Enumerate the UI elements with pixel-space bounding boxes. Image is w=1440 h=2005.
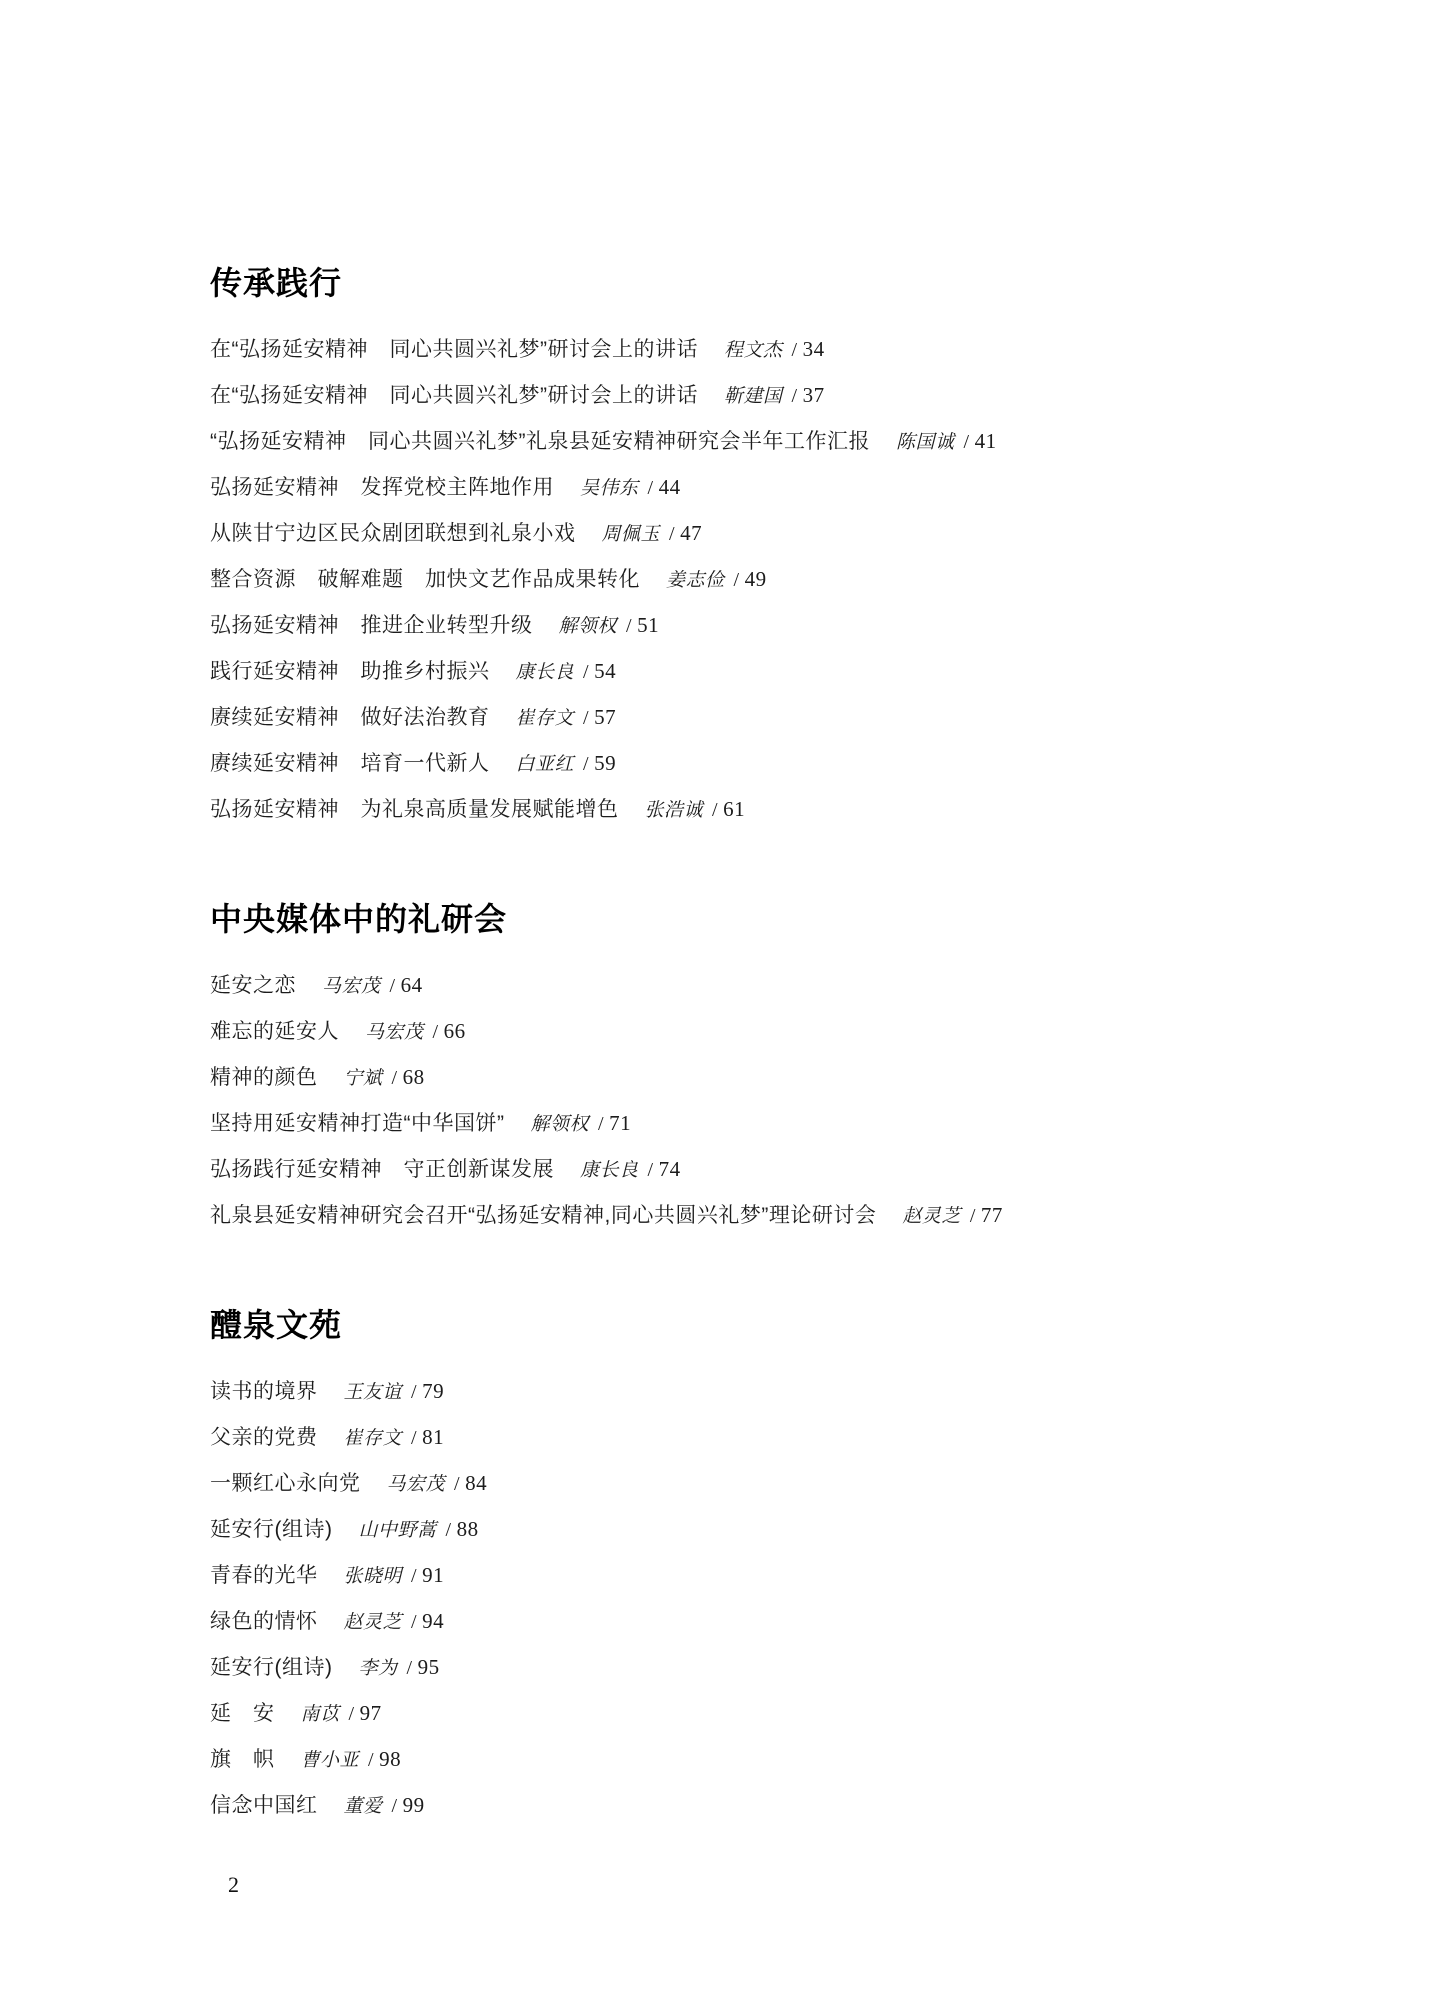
- toc-entry: 延安行(组诗)李为/95: [210, 1645, 1330, 1691]
- entry-separator: /: [454, 1473, 460, 1495]
- page-number: 2: [228, 1872, 239, 1898]
- toc-entry: 礼泉县延安精神研究会召开“弘扬延安精神,同心共圆兴礼梦”理论研讨会赵灵芝/77: [210, 1193, 1330, 1239]
- section-heading: 传承践行: [210, 264, 1330, 302]
- entry-author: 崔存文: [516, 708, 575, 729]
- entry-title: 从陕甘宁边区民众剧团联想到礼泉小戏: [210, 522, 576, 545]
- entry-author: 马宏茂: [387, 1474, 446, 1495]
- table-of-contents: 传承践行在“弘扬延安精神 同心共圆兴礼梦”研讨会上的讲话程文杰/34在“弘扬延安…: [210, 264, 1330, 1829]
- entry-separator: /: [368, 1749, 374, 1771]
- entry-title: 弘扬延安精神 为礼泉高质量发展赋能增色: [210, 798, 619, 821]
- toc-entry: 在“弘扬延安精神 同心共圆兴礼梦”研讨会上的讲话程文杰/34: [210, 327, 1330, 373]
- entry-author: 解领权: [531, 1114, 590, 1135]
- entry-title: 在“弘扬延安精神 同心共圆兴礼梦”研讨会上的讲话: [210, 338, 698, 361]
- entry-separator: /: [734, 569, 740, 591]
- entry-author: 张浩诚: [645, 800, 704, 821]
- entry-title: 青春的光华: [210, 1564, 318, 1587]
- entry-page-number: 66: [444, 1019, 466, 1043]
- entry-title: 读书的境界: [210, 1380, 318, 1403]
- toc-entry: “弘扬延安精神 同心共圆兴礼梦”礼泉县延安精神研究会半年工作汇报陈国诚/41: [210, 419, 1330, 465]
- toc-entry: 信念中国红董爱/99: [210, 1783, 1330, 1829]
- toc-entry: 践行延安精神 助推乡村振兴康长良/54: [210, 649, 1330, 695]
- toc-entry: 父亲的党费崔存文/81: [210, 1415, 1330, 1461]
- entry-page-number: 98: [379, 1747, 401, 1771]
- entry-separator: /: [411, 1427, 417, 1449]
- entry-separator: /: [433, 1021, 439, 1043]
- entry-separator: /: [392, 1067, 398, 1089]
- entry-title: 难忘的延安人: [210, 1020, 339, 1043]
- entry-author: 马宏茂: [365, 1022, 424, 1043]
- entry-separator: /: [446, 1519, 452, 1541]
- entry-author: 程文杰: [724, 340, 783, 361]
- entry-page-number: 57: [594, 705, 616, 729]
- entry-separator: /: [583, 707, 589, 729]
- entry-separator: /: [964, 431, 970, 453]
- entry-author: 康长良: [516, 662, 575, 683]
- entry-page-number: 94: [422, 1609, 444, 1633]
- entry-page-number: 64: [401, 973, 423, 997]
- entry-title: 践行延安精神 助推乡村振兴: [210, 660, 490, 683]
- entry-page-number: 88: [457, 1517, 479, 1541]
- entry-title: 绿色的情怀: [210, 1610, 318, 1633]
- entry-separator: /: [792, 339, 798, 361]
- entry-author: 曹小亚: [301, 1750, 360, 1771]
- entry-page-number: 81: [422, 1425, 444, 1449]
- entry-page-number: 54: [594, 659, 616, 683]
- entry-title: 赓续延安精神 培育一代新人: [210, 752, 490, 775]
- entry-separator: /: [411, 1381, 417, 1403]
- entry-separator: /: [390, 975, 396, 997]
- toc-section: 中央媒体中的礼研会延安之恋马宏茂/64难忘的延安人马宏茂/66精神的颜色宁斌/6…: [210, 900, 1330, 1239]
- entry-title: 弘扬延安精神 发挥党校主阵地作用: [210, 476, 554, 499]
- toc-section: 醴泉文苑读书的境界王友谊/79父亲的党费崔存文/81一颗红心永向党马宏茂/84延…: [210, 1306, 1330, 1829]
- entry-page-number: 34: [803, 337, 825, 361]
- toc-entry: 延 安南苡/97: [210, 1691, 1330, 1737]
- entry-page-number: 47: [680, 521, 702, 545]
- toc-entry: 读书的境界王友谊/79: [210, 1369, 1330, 1415]
- entry-title: 弘扬延安精神 推进企业转型升级: [210, 614, 533, 637]
- entry-title: 父亲的党费: [210, 1426, 318, 1449]
- entry-separator: /: [669, 523, 675, 545]
- entry-title: 延安行(组诗): [210, 1518, 333, 1541]
- entry-author: 董爱: [344, 1796, 383, 1817]
- toc-entry: 绿色的情怀赵灵芝/94: [210, 1599, 1330, 1645]
- entry-author: 白亚红: [516, 754, 575, 775]
- toc-entry: 延安行(组诗)山中野蒿/88: [210, 1507, 1330, 1553]
- toc-entry: 一颗红心永向党马宏茂/84: [210, 1461, 1330, 1507]
- entry-author: 赵灵芝: [902, 1206, 961, 1227]
- entry-page-number: 79: [422, 1379, 444, 1403]
- toc-entry: 整合资源 破解难题 加快文艺作品成果转化姜志俭/49: [210, 557, 1330, 603]
- entry-author: 山中野蒿: [359, 1520, 437, 1541]
- entry-page-number: 37: [803, 383, 825, 407]
- section-heading: 醴泉文苑: [210, 1306, 1330, 1344]
- entry-page-number: 95: [418, 1655, 440, 1679]
- entry-title: 弘扬践行延安精神 守正创新谋发展: [210, 1158, 554, 1181]
- entry-separator: /: [792, 385, 798, 407]
- toc-entry: 延安之恋马宏茂/64: [210, 963, 1330, 1009]
- entry-title: 延安行(组诗): [210, 1656, 333, 1679]
- toc-page: 传承践行在“弘扬延安精神 同心共圆兴礼梦”研讨会上的讲话程文杰/34在“弘扬延安…: [0, 0, 1440, 2005]
- entry-page-number: 68: [403, 1065, 425, 1089]
- entry-page-number: 84: [465, 1471, 487, 1495]
- entry-title: 整合资源 破解难题 加快文艺作品成果转化: [210, 568, 640, 591]
- toc-section: 传承践行在“弘扬延安精神 同心共圆兴礼梦”研讨会上的讲话程文杰/34在“弘扬延安…: [210, 264, 1330, 833]
- toc-entry: 坚持用延安精神打造“中华国饼”解领权/71: [210, 1101, 1330, 1147]
- entry-page-number: 59: [594, 751, 616, 775]
- toc-entry: 弘扬践行延安精神 守正创新谋发展康长良/74: [210, 1147, 1330, 1193]
- entry-title: 一颗红心永向党: [210, 1472, 361, 1495]
- toc-entry: 弘扬延安精神 推进企业转型升级解领权/51: [210, 603, 1330, 649]
- entry-title: 坚持用延安精神打造“中华国饼”: [210, 1112, 505, 1135]
- entry-title: 礼泉县延安精神研究会召开“弘扬延安精神,同心共圆兴礼梦”理论研讨会: [210, 1204, 876, 1227]
- entry-page-number: 97: [360, 1701, 382, 1725]
- entry-title: 在“弘扬延安精神 同心共圆兴礼梦”研讨会上的讲话: [210, 384, 698, 407]
- entry-page-number: 91: [422, 1563, 444, 1587]
- entry-page-number: 61: [723, 797, 745, 821]
- entry-author: 崔存文: [344, 1428, 403, 1449]
- entry-separator: /: [626, 615, 632, 637]
- entry-separator: /: [411, 1611, 417, 1633]
- toc-entry: 难忘的延安人马宏茂/66: [210, 1009, 1330, 1055]
- entry-title: 延安之恋: [210, 974, 296, 997]
- entry-separator: /: [411, 1565, 417, 1587]
- entry-page-number: 49: [745, 567, 767, 591]
- toc-entry: 弘扬延安精神 发挥党校主阵地作用吴伟东/44: [210, 465, 1330, 511]
- entry-separator: /: [712, 799, 718, 821]
- entry-author: 康长良: [580, 1160, 639, 1181]
- entry-page-number: 74: [659, 1157, 681, 1181]
- entry-title: 延 安: [210, 1702, 275, 1725]
- entry-page-number: 99: [403, 1793, 425, 1817]
- entry-title: 赓续延安精神 做好法治教育: [210, 706, 490, 729]
- toc-entry: 旗 帜曹小亚/98: [210, 1737, 1330, 1783]
- entry-author: 解领权: [559, 616, 618, 637]
- entry-separator: /: [349, 1703, 355, 1725]
- entry-page-number: 44: [659, 475, 681, 499]
- entry-title: “弘扬延安精神 同心共圆兴礼梦”礼泉县延安精神研究会半年工作汇报: [210, 430, 870, 453]
- entry-author: 靳建国: [724, 386, 783, 407]
- toc-entry: 弘扬延安精神 为礼泉高质量发展赋能增色张浩诚/61: [210, 787, 1330, 833]
- toc-entry: 精神的颜色宁斌/68: [210, 1055, 1330, 1101]
- entry-author: 王友谊: [344, 1382, 403, 1403]
- entry-author: 南苡: [301, 1704, 340, 1725]
- entry-title: 旗 帜: [210, 1748, 275, 1771]
- entry-page-number: 51: [637, 613, 659, 637]
- entry-author: 张晓明: [344, 1566, 403, 1587]
- entry-page-number: 77: [981, 1203, 1003, 1227]
- entry-separator: /: [407, 1657, 413, 1679]
- entry-author: 李为: [359, 1658, 398, 1679]
- entry-author: 宁斌: [344, 1068, 383, 1089]
- entry-author: 赵灵芝: [344, 1612, 403, 1633]
- entry-author: 周佩玉: [602, 524, 661, 545]
- toc-entry: 赓续延安精神 做好法治教育崔存文/57: [210, 695, 1330, 741]
- entry-separator: /: [648, 1159, 654, 1181]
- entry-title: 信念中国红: [210, 1794, 318, 1817]
- entry-separator: /: [583, 661, 589, 683]
- section-heading: 中央媒体中的礼研会: [210, 900, 1330, 938]
- entry-author: 吴伟东: [580, 478, 639, 499]
- entry-title: 精神的颜色: [210, 1066, 318, 1089]
- toc-entry: 从陕甘宁边区民众剧团联想到礼泉小戏周佩玉/47: [210, 511, 1330, 557]
- entry-author: 马宏茂: [322, 976, 381, 997]
- entry-author: 陈国诚: [896, 432, 955, 453]
- entry-page-number: 71: [609, 1111, 631, 1135]
- toc-entry: 青春的光华张晓明/91: [210, 1553, 1330, 1599]
- entry-separator: /: [970, 1205, 976, 1227]
- toc-entry: 在“弘扬延安精神 同心共圆兴礼梦”研讨会上的讲话靳建国/37: [210, 373, 1330, 419]
- entry-separator: /: [392, 1795, 398, 1817]
- entry-separator: /: [598, 1113, 604, 1135]
- toc-entry: 赓续延安精神 培育一代新人白亚红/59: [210, 741, 1330, 787]
- entry-separator: /: [648, 477, 654, 499]
- entry-page-number: 41: [975, 429, 997, 453]
- entry-author: 姜志俭: [666, 570, 725, 591]
- entry-separator: /: [583, 753, 589, 775]
